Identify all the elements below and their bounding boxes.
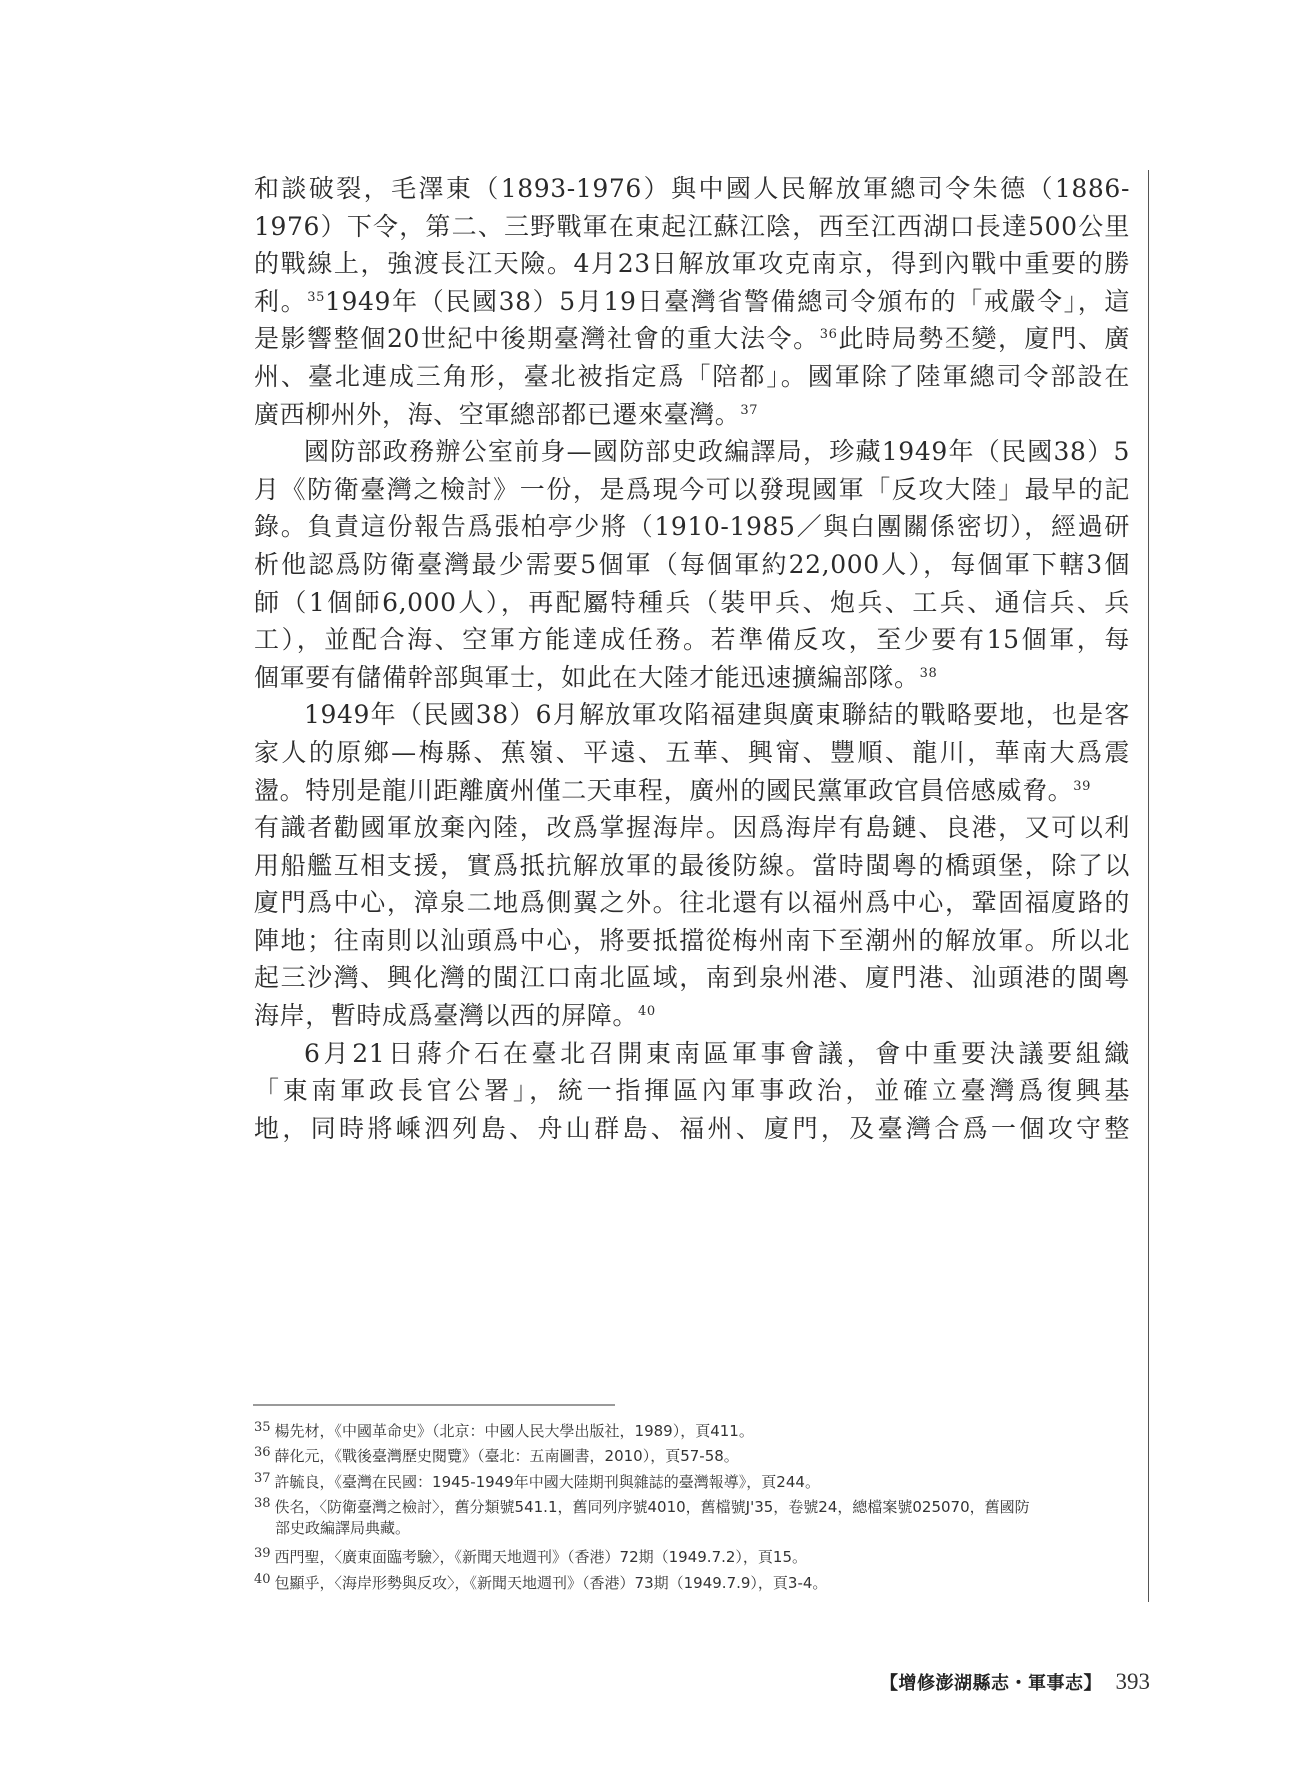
text-line: 是影響整個20世紀中後期臺灣社會的重大法令。36此時局勢丕變，廈門、廣	[254, 320, 1130, 358]
line-text: 月《防衛臺灣之檢討》一份，是爲現今可以發現國軍「反攻大陸」最早的記	[254, 475, 1130, 504]
footnote-text: 包顯乎，〈海岸形勢與反攻〉，《新聞天地週刊》（香港）73期（1949.7.9），…	[275, 1574, 828, 1592]
text-line: 6月21日蔣介石在臺北召開東南區軍事會議，會中重要決議要組織	[254, 1035, 1130, 1073]
line-text: 此時局勢丕變，廈門、廣	[838, 324, 1130, 353]
footnote-number: 36	[254, 1445, 271, 1460]
footnote-ref[interactable]: 39	[1073, 779, 1091, 794]
footnote-39: 39西門聖，〈廣東面臨考驗〉，《新聞天地週刊》（香港）72期（1949.7.2）…	[254, 1541, 1134, 1566]
footnote-ref[interactable]: 37	[740, 403, 758, 418]
line-text: 1976）下令，第二、三野戰軍在東起江蘇江陰，西至江西湖口長達500公里	[254, 212, 1130, 241]
footnote-ref[interactable]: 38	[920, 666, 938, 681]
footnote-text: 佚名，〈防衛臺灣之檢討〉，舊分類號541.1，舊同列序號4010，舊檔號J'35…	[275, 1498, 1030, 1516]
footnote-continuation: 部史政編譯局典藏。	[254, 1516, 1134, 1541]
page-footer: 【增修澎湖縣志・軍事志】 393	[880, 1665, 1150, 1699]
line-text: 6月21日蔣介石在臺北召開東南區軍事會議，會中重要決議要組織	[304, 1039, 1130, 1068]
text-line: 地，同時將嵊泗列島、舟山群島、福州、廈門，及臺灣合爲一個攻守整	[254, 1110, 1130, 1148]
line-text: 家人的原鄉—梅縣、蕉嶺、平遠、五華、興甯、豐順、龍川，華南大爲震	[254, 738, 1130, 767]
line-text: 是影響整個20世紀中後期臺灣社會的重大法令。	[254, 324, 820, 353]
text-line: 月《防衛臺灣之檢討》一份，是爲現今可以發現國軍「反攻大陸」最早的記	[254, 471, 1130, 509]
line-text: 國防部政務辦公室前身—國防部史政編譯局，珍藏1949年（民國38）5	[304, 437, 1130, 466]
footnote-number: 40	[254, 1572, 271, 1587]
line-text: 個軍要有儲備幹部與軍士，如此在大陸才能迅速擴編部隊。	[254, 663, 920, 692]
footnote-ref[interactable]: 40	[638, 1004, 656, 1019]
text-line: 1949年（民國38）6月解放軍攻陷福建與廣東聯結的戰略要地，也是客	[254, 696, 1130, 734]
line-text: 的戰線上，強渡長江天險。4月23日解放軍攻克南京，得到內戰中重要的勝	[254, 249, 1130, 278]
line-text: 師（1個師6,000人），再配屬特種兵（裝甲兵、炮兵、工兵、通信兵、兵	[254, 588, 1130, 617]
line-text: 州、臺北連成三角形，臺北被指定爲「陪都」。國軍除了陸軍總司令部設在	[254, 362, 1130, 391]
footnote-ref[interactable]: 36	[820, 327, 838, 342]
text-line: 有識者勸國軍放棄內陸，改爲掌握海岸。因爲海岸有島鏈、良港，又可以利	[254, 809, 1130, 847]
document-page: 和談破裂，毛澤東（1893-1976）與中國人民解放軍總司令朱德（1886-19…	[0, 0, 1300, 1778]
line-text: 工），並配合海、空軍方能達成任務。若準備反攻，至少要有15個軍，每	[254, 625, 1130, 654]
footnote-separator	[253, 1404, 615, 1406]
line-text: 和談破裂，毛澤東（1893-1976）與中國人民解放軍總司令朱德（1886-	[254, 174, 1130, 203]
margin-rule	[1148, 170, 1149, 1602]
text-line: 錄。負責這份報告爲張柏亭少將（1910-1985／與白團關係密切），經過研	[254, 508, 1130, 546]
footnote-37: 37許毓良，《臺灣在民國：1945-1949年中國大陸期刊與雜誌的臺灣報導》，頁…	[254, 1466, 1134, 1491]
line-text: 「東南軍政長官公署」，統一指揮區內軍事政治，並確立臺灣爲復興基	[254, 1076, 1130, 1105]
text-line: 和談破裂，毛澤東（1893-1976）與中國人民解放軍總司令朱德（1886-	[254, 170, 1130, 208]
footnote-36: 36薛化元，《戰後臺灣歷史閱覽》（臺北：五南圖書，2010），頁57-58。	[254, 1440, 1134, 1465]
text-line: 起三沙灣、興化灣的閩江口南北區域，南到泉州港、廈門港、汕頭港的閩粵	[254, 959, 1130, 997]
text-line: 1976）下令，第二、三野戰軍在東起江蘇江陰，西至江西湖口長達500公里	[254, 208, 1130, 246]
text-line: 個軍要有儲備幹部與軍士，如此在大陸才能迅速擴編部隊。38	[254, 659, 1130, 697]
footnote-number: 38	[254, 1496, 271, 1511]
book-title: 【增修澎湖縣志・軍事志】	[880, 1669, 1100, 1695]
line-text: 地，同時將嵊泗列島、舟山群島、福州、廈門，及臺灣合爲一個攻守整	[254, 1114, 1130, 1143]
text-line: 「東南軍政長官公署」，統一指揮區內軍事政治，並確立臺灣爲復興基	[254, 1072, 1130, 1110]
text-line: 析他認爲防衛臺灣最少需要5個軍（每個軍約22,000人），每個軍下轄3個	[254, 546, 1130, 584]
line-text: 利。	[254, 287, 307, 316]
line-text: 海岸，暫時成爲臺灣以西的屏障。	[254, 1001, 638, 1030]
text-line: 廈門爲中心，漳泉二地爲側翼之外。往北還有以福州爲中心，鞏固福廈路的	[254, 884, 1130, 922]
line-text: 析他認爲防衛臺灣最少需要5個軍（每個軍約22,000人），每個軍下轄3個	[254, 550, 1130, 579]
line-text: 盪。特別是龍川距離廣州僅二天車程，廣州的國民黨軍政官員倍感威脅。	[254, 776, 1073, 805]
text-line: 的戰線上，強渡長江天險。4月23日解放軍攻克南京，得到內戰中重要的勝	[254, 245, 1130, 283]
footnote-number: 35	[254, 1420, 271, 1435]
text-line: 家人的原鄉—梅縣、蕉嶺、平遠、五華、興甯、豐順、龍川，華南大爲震	[254, 734, 1130, 772]
line-text: 1949年（民國38）6月解放軍攻陷福建與廣東聯結的戰略要地，也是客	[304, 700, 1130, 729]
footnote-ref[interactable]: 35	[307, 290, 325, 305]
text-line: 工），並配合海、空軍方能達成任務。若準備反攻，至少要有15個軍，每	[254, 621, 1130, 659]
text-line: 州、臺北連成三角形，臺北被指定爲「陪都」。國軍除了陸軍總司令部設在	[254, 358, 1130, 396]
text-line: 國防部政務辦公室前身—國防部史政編譯局，珍藏1949年（民國38）5	[254, 433, 1130, 471]
line-text: 錄。負責這份報告爲張柏亭少將（1910-1985／與白團關係密切），經過研	[254, 512, 1130, 541]
footnote-text: 許毓良，《臺灣在民國：1945-1949年中國大陸期刊與雜誌的臺灣報導》，頁24…	[275, 1473, 820, 1491]
text-line: 廣西柳州外，海、空軍總部都已遷來臺灣。37	[254, 396, 1130, 434]
line-text: 1949年（民國38）5月19日臺灣省警備總司令頒布的「戒嚴令」，這	[325, 287, 1130, 316]
footnote-35: 35楊先材，《中國革命史》（北京：中國人民大學出版社，1989），頁411。	[254, 1415, 1134, 1440]
footnote-38: 38佚名，〈防衛臺灣之檢討〉，舊分類號541.1，舊同列序號4010，舊檔號J'…	[254, 1491, 1134, 1516]
text-line: 海岸，暫時成爲臺灣以西的屏障。40	[254, 997, 1130, 1035]
line-text: 起三沙灣、興化灣的閩江口南北區域，南到泉州港、廈門港、汕頭港的閩粵	[254, 963, 1130, 992]
line-text: 陣地；往南則以汕頭爲中心，將要抵擋從梅州南下至潮州的解放軍。所以北	[254, 926, 1130, 955]
footnote-text: 薛化元，《戰後臺灣歷史閱覽》（臺北：五南圖書，2010），頁57-58。	[275, 1447, 739, 1465]
footnote-40: 40包顯乎，〈海岸形勢與反攻〉，《新聞天地週刊》（香港）73期（1949.7.9…	[254, 1567, 1134, 1592]
footnote-number: 37	[254, 1471, 271, 1486]
line-text: 有識者勸國軍放棄內陸，改爲掌握海岸。因爲海岸有島鏈、良港，又可以利	[254, 813, 1130, 842]
line-text: 用船艦互相支援，實爲抵抗解放軍的最後防線。當時閩粵的橋頭堡，除了以	[254, 851, 1130, 880]
text-line: 師（1個師6,000人），再配屬特種兵（裝甲兵、炮兵、工兵、通信兵、兵	[254, 584, 1130, 622]
body-text: 和談破裂，毛澤東（1893-1976）與中國人民解放軍總司令朱德（1886-19…	[254, 170, 1130, 1147]
text-line: 陣地；往南則以汕頭爲中心，將要抵擋從梅州南下至潮州的解放軍。所以北	[254, 922, 1130, 960]
text-line: 利。351949年（民國38）5月19日臺灣省警備總司令頒布的「戒嚴令」，這	[254, 283, 1130, 321]
line-text: 廣西柳州外，海、空軍總部都已遷來臺灣。	[254, 400, 740, 429]
page-number: 393	[1116, 1669, 1151, 1695]
line-text: 廈門爲中心，漳泉二地爲側翼之外。往北還有以福州爲中心，鞏固福廈路的	[254, 888, 1130, 917]
text-line: 用船艦互相支援，實爲抵抗解放軍的最後防線。當時閩粵的橋頭堡，除了以	[254, 847, 1130, 885]
footnote-text: 西門聖，〈廣東面臨考驗〉，《新聞天地週刊》（香港）72期（1949.7.2），頁…	[275, 1548, 807, 1566]
footnote-text: 楊先材，《中國革命史》（北京：中國人民大學出版社，1989），頁411。	[275, 1422, 754, 1440]
footnotes: 35楊先材，《中國革命史》（北京：中國人民大學出版社，1989），頁411。36…	[254, 1415, 1134, 1592]
text-line: 盪。特別是龍川距離廣州僅二天車程，廣州的國民黨軍政官員倍感威脅。39	[254, 772, 1130, 810]
footnote-number: 39	[254, 1546, 271, 1561]
